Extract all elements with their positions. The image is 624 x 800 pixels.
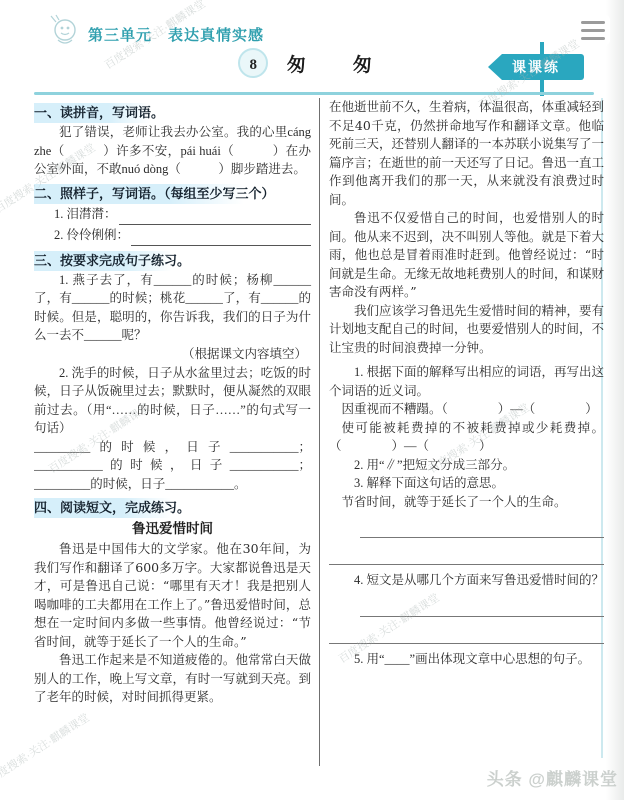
answer-line	[360, 511, 604, 538]
lesson-number-badge: 8	[238, 48, 268, 78]
question3-sentence: 节省时间，就等于延长了一个人的生命。	[329, 493, 604, 512]
lesson-title: 匆 匆	[287, 50, 386, 77]
blank-line	[131, 230, 311, 246]
page-header: 第三单元 表达真情实感 8 匆 匆 课课练	[0, 0, 624, 96]
section3-answer-template: _________的时候，日子___________；___________的时…	[34, 438, 311, 494]
passage-paragraph1: 鲁迅是中国伟大的文学家。他在30年间，为我们写作和翻译了600多万字。大家都说鲁…	[34, 540, 311, 651]
watermark-footer: 头条 @麒麟课堂	[487, 765, 618, 790]
answer-line	[329, 617, 604, 644]
answer-line	[329, 538, 604, 565]
header-rule	[34, 92, 594, 95]
section3-question2: 2. 洗手的时候，日子从水盆里过去；吃饭的时候，日子从饭碗里过去；默默时，便从凝…	[34, 364, 311, 438]
passage-paragraph2: 鲁迅工作起来是不知道疲倦的。他常常白天做别人的工作，晚上写文章，有时一写就到天亮…	[34, 651, 311, 707]
right-column: 在他逝世前不久，生着病，体温很高，体重减轻到不足40千克，仍然拼命地写作和翻译文…	[319, 98, 604, 766]
unit-label: 第三单元 表达真情实感	[88, 24, 264, 45]
worksheet-page: 第三单元 表达真情实感 8 匆 匆 课课练 一、读拼音，写词语。 犯了错误，老师…	[0, 0, 624, 800]
question1-def-a: 因重视而不糟蹋。（ ）—（ ）	[329, 400, 604, 419]
section3-heading: 三、按要求完成句子练习。	[34, 251, 196, 271]
section2-item1-label: 1. 泪潸潸：	[54, 204, 117, 225]
question1: 1. 根据下面的解释写出相应的词语，再写出这个词语的近义词。	[329, 363, 604, 400]
section3-question1: 1. 燕子去了，有______的时候；杨柳______了，有______的时候；…	[34, 271, 311, 345]
passage-paragraph3: 鲁迅不仅爱惜自己的时间，也爱惜别人的时间。他从来不迟到，决不叫别人等他。就是下着…	[329, 209, 604, 302]
worksheet-body: 一、读拼音，写词语。 犯了错误，老师让我去办公室。我的心里cáng zhe（ ）…	[34, 98, 604, 766]
passage-paragraph4: 我们应该学习鲁迅先生爱惜时间的精神，要有计划地支配自己的时间，也要爱惜别人的时间…	[329, 302, 604, 358]
passage-paragraph2-continued: 在他逝世前不久，生着病，体温很高，体重减轻到不足40千克，仍然拼命地写作和翻译文…	[329, 98, 604, 209]
section2-item1: 1. 泪潸潸：	[34, 204, 311, 225]
section2-item2-label: 2. 伶伶俐俐：	[54, 225, 129, 246]
passage-title: 鲁迅爱惜时间	[34, 518, 311, 540]
section1-body: 犯了错误，老师让我去办公室。我的心里cáng zhe（ ）许多不安，pái hu…	[34, 123, 311, 179]
question5: 5. 用“____”画出体现文章中心思想的句子。	[329, 650, 604, 669]
section2-heading: 二、照样子，写词语。（每组至少写三个）	[34, 184, 281, 204]
section2-item2: 2. 伶伶俐俐：	[34, 225, 311, 246]
blank-line	[119, 209, 311, 225]
section4-heading: 四、阅读短文，完成练习。	[34, 498, 196, 518]
question1-def-b: 使可能被耗费掉的不被耗费掉或少耗费掉。（ ）—（ ）	[329, 419, 604, 456]
mascot-icon	[48, 14, 80, 50]
section1-heading: 一、读拼音，写词语。	[34, 103, 170, 123]
answer-line	[360, 590, 604, 617]
left-column: 一、读拼音，写词语。 犯了错误，老师让我去办公室。我的心里cáng zhe（ ）…	[34, 98, 319, 766]
question2: 2. 用“∥”把短文分成三部分。	[329, 456, 604, 475]
lianxi-signpost: 课课练	[488, 48, 588, 96]
signpost-badge: 课课练	[488, 54, 584, 80]
question4: 4. 短文是从哪几个方面来写鲁迅爱惜时间的？	[329, 571, 604, 590]
question3: 3. 解释下面这句话的意思。	[329, 474, 604, 493]
hamburger-menu-icon[interactable]	[576, 14, 610, 46]
section3-note: （根据课文内容填空）	[34, 345, 311, 364]
